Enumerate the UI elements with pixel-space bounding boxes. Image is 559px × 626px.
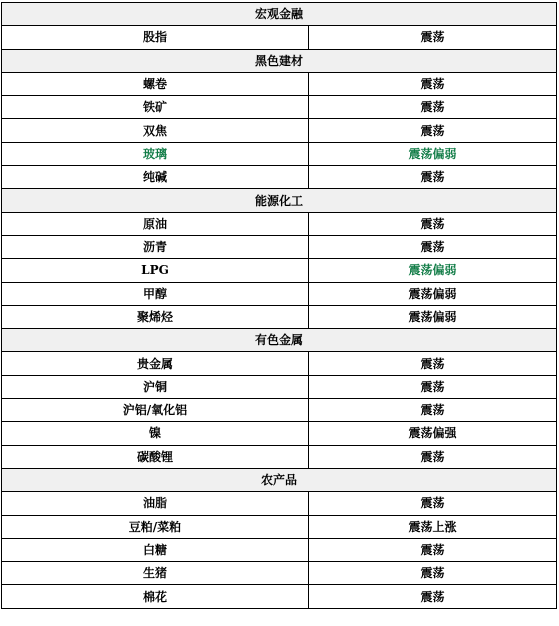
commodity-outlook: 震荡 <box>309 96 557 119</box>
section-title: 宏观金融 <box>2 3 557 26</box>
commodity-name: LPG <box>2 259 309 282</box>
table-row: 豆粕/菜粕 震荡上涨 <box>2 515 557 538</box>
commodity-name: 棉花 <box>2 585 309 608</box>
table-row: LPG 震荡偏弱 <box>2 259 557 282</box>
commodity-outlook: 震荡 <box>309 212 557 235</box>
commodity-outlook: 震荡 <box>309 562 557 585</box>
table-row: 纯碱 震荡 <box>2 166 557 189</box>
commodity-name: 白糖 <box>2 538 309 561</box>
commodity-name: 螺卷 <box>2 72 309 95</box>
commodity-name: 沥青 <box>2 235 309 258</box>
commodity-name: 碳酸锂 <box>2 445 309 468</box>
table-row: 沪铜 震荡 <box>2 375 557 398</box>
commodity-name: 豆粕/菜粕 <box>2 515 309 538</box>
commodity-outlook: 震荡偏弱 <box>309 142 557 165</box>
section-header-row: 农产品 <box>2 468 557 491</box>
section-title: 农产品 <box>2 468 557 491</box>
commodity-outlook: 震荡 <box>309 352 557 375</box>
commodity-name: 甲醇 <box>2 282 309 305</box>
commodity-name: 油脂 <box>2 492 309 515</box>
section-title: 黑色建材 <box>2 49 557 72</box>
commodity-name: 纯碱 <box>2 166 309 189</box>
market-outlook-table: 宏观金融 股指 震荡 黑色建材 螺卷 震荡 铁矿 震荡 双焦 震荡 玻璃 震荡偏… <box>1 2 557 609</box>
table-row: 油脂 震荡 <box>2 492 557 515</box>
commodity-outlook: 震荡 <box>309 492 557 515</box>
table-row: 沥青 震荡 <box>2 235 557 258</box>
table-row: 沪铝/氧化铝 震荡 <box>2 399 557 422</box>
commodity-outlook: 震荡 <box>309 538 557 561</box>
commodity-name: 贵金属 <box>2 352 309 375</box>
table-row: 镍 震荡偏强 <box>2 422 557 445</box>
section-title: 有色金属 <box>2 329 557 352</box>
section-header-row: 宏观金融 <box>2 3 557 26</box>
table-row: 双焦 震荡 <box>2 119 557 142</box>
commodity-outlook: 震荡 <box>309 235 557 258</box>
commodity-name: 玻璃 <box>2 142 309 165</box>
section-header-row: 黑色建材 <box>2 49 557 72</box>
commodity-outlook: 震荡偏弱 <box>309 259 557 282</box>
commodity-name: 聚烯烃 <box>2 305 309 328</box>
commodity-outlook: 震荡偏弱 <box>309 282 557 305</box>
commodity-name: 双焦 <box>2 119 309 142</box>
commodity-outlook: 震荡 <box>309 72 557 95</box>
commodity-outlook: 震荡 <box>309 399 557 422</box>
table-row: 甲醇 震荡偏弱 <box>2 282 557 305</box>
section-title: 能源化工 <box>2 189 557 212</box>
table-row: 股指 震荡 <box>2 26 557 49</box>
section-header-row: 能源化工 <box>2 189 557 212</box>
table-row: 玻璃 震荡偏弱 <box>2 142 557 165</box>
commodity-name: 原油 <box>2 212 309 235</box>
commodity-outlook: 震荡 <box>309 26 557 49</box>
commodity-name: 铁矿 <box>2 96 309 119</box>
table-row: 贵金属 震荡 <box>2 352 557 375</box>
table-row: 原油 震荡 <box>2 212 557 235</box>
section-header-row: 有色金属 <box>2 329 557 352</box>
commodity-name: 沪铜 <box>2 375 309 398</box>
table-row: 白糖 震荡 <box>2 538 557 561</box>
table-row: 棉花 震荡 <box>2 585 557 608</box>
commodity-outlook: 震荡 <box>309 375 557 398</box>
table-row: 螺卷 震荡 <box>2 72 557 95</box>
commodity-name: 镍 <box>2 422 309 445</box>
commodity-name: 生猪 <box>2 562 309 585</box>
table-row: 生猪 震荡 <box>2 562 557 585</box>
commodity-name: 沪铝/氧化铝 <box>2 399 309 422</box>
table-row: 铁矿 震荡 <box>2 96 557 119</box>
commodity-outlook: 震荡偏强 <box>309 422 557 445</box>
commodity-outlook: 震荡 <box>309 445 557 468</box>
commodity-name: 股指 <box>2 26 309 49</box>
commodity-outlook: 震荡 <box>309 166 557 189</box>
commodity-outlook: 震荡 <box>309 585 557 608</box>
table-row: 聚烯烃 震荡偏弱 <box>2 305 557 328</box>
commodity-outlook: 震荡 <box>309 119 557 142</box>
commodity-outlook: 震荡偏弱 <box>309 305 557 328</box>
commodity-outlook: 震荡上涨 <box>309 515 557 538</box>
table-row: 碳酸锂 震荡 <box>2 445 557 468</box>
